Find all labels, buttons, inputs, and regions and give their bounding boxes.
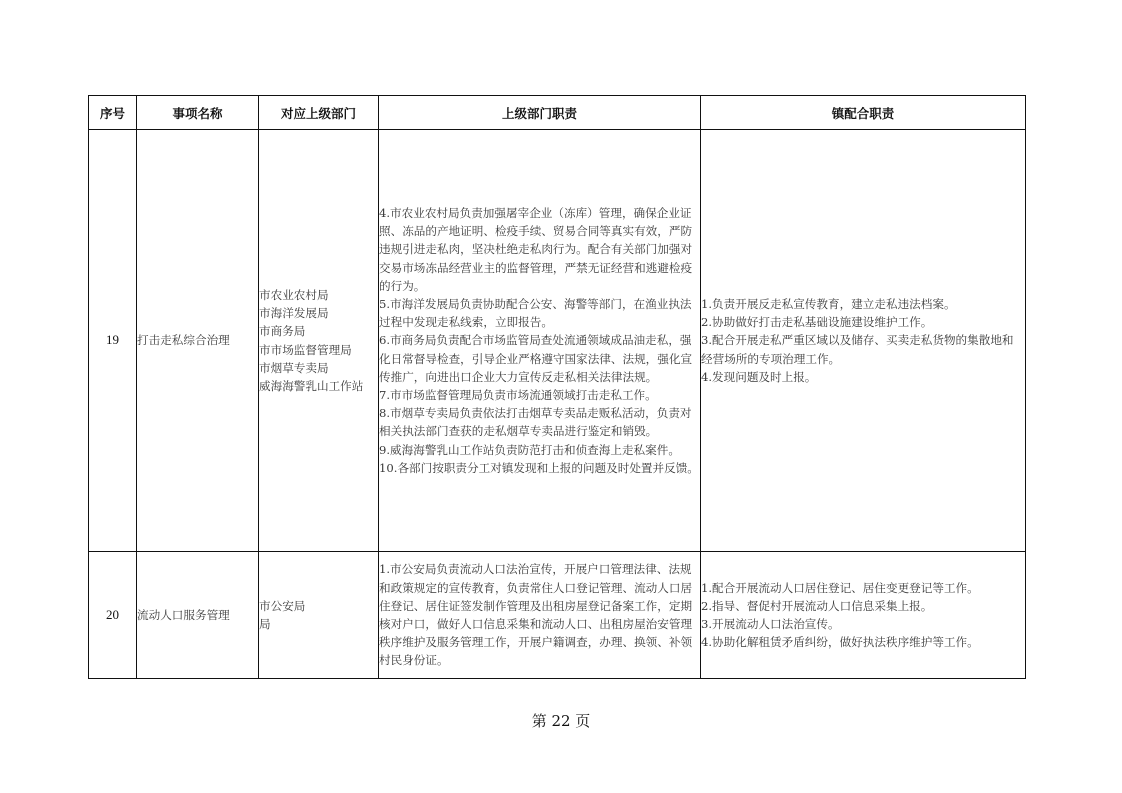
row-upper-duties: 4.市农业农村局负责加强屠宰企业（冻库）管理，确保企业证照、冻品的产地证明、检疫… <box>379 130 701 552</box>
duty-table: 序号 事项名称 对应上级部门 上级部门职责 镇配合职责 19 打击走私综合治理 … <box>88 95 1026 679</box>
department: 局 <box>259 615 378 633</box>
table-header-row: 序号 事项名称 对应上级部门 上级部门职责 镇配合职责 <box>89 96 1026 130</box>
duty-item: 6.市商务局负责配合市场监管局查处流通领域成品油走私，强化日常督导检查，引导企业… <box>379 331 700 386</box>
duty-item: 1.负责开展反走私宣传教育，建立走私违法档案。 <box>701 295 1025 313</box>
duty-item: 2.协助做好打击走私基础设施建设维护工作。 <box>701 313 1025 331</box>
row-item-name: 打击走私综合治理 <box>137 130 259 552</box>
duty-item: 3.配合开展走私严重区域以及储存、买卖走私货物的集散地和经营场所的专项治理工作。 <box>701 331 1025 367</box>
duty-item: 4.发现问题及时上报。 <box>701 368 1025 386</box>
duty-item: 2.指导、督促村开展流动人口信息采集上报。 <box>701 597 1025 615</box>
duty-item: 8.市烟草专卖局负责依法打击烟草专卖品走贩私活动，负责对相关执法部门查获的走私烟… <box>379 404 700 440</box>
row-item-name: 流动人口服务管理 <box>137 552 259 679</box>
duty-item: 1.配合开展流动人口居住登记、居住变更登记等工作。 <box>701 579 1025 597</box>
duty-item: 10.各部门按职责分工对镇发现和上报的问题及时处置并反馈。 <box>379 459 700 477</box>
department: 市农业农村局 <box>259 286 378 304</box>
header-seq: 序号 <box>89 96 137 130</box>
header-upper-duties: 上级部门职责 <box>379 96 701 130</box>
row-seq: 20 <box>89 552 137 679</box>
row-seq: 19 <box>89 130 137 552</box>
duty-item: 1.市公安局负责流动人口法治宣传，开展户口管理法律、法规和政策规定的宣传教育，负… <box>379 560 700 669</box>
department: 市海洋发展局 <box>259 304 378 322</box>
duty-item: 4.市农业农村局负责加强屠宰企业（冻库）管理，确保企业证照、冻品的产地证明、检疫… <box>379 204 700 295</box>
department: 市市场监督管理局 <box>259 341 378 359</box>
header-item-name: 事项名称 <box>137 96 259 130</box>
duty-item: 4.协助化解租赁矛盾纠纷，做好执法秩序维护等工作。 <box>701 633 1025 651</box>
duty-item: 9.威海海警乳山工作站负责防范打击和侦查海上走私案件。 <box>379 441 700 459</box>
department: 市公安局 <box>259 597 378 615</box>
duty-item: 7.市市场监督管理局负责市场流通领域打击走私工作。 <box>379 386 700 404</box>
department: 威海海警乳山工作站 <box>259 377 378 395</box>
header-town-duties: 镇配合职责 <box>701 96 1026 130</box>
row-town-duties: 1.负责开展反走私宣传教育，建立走私违法档案。 2.协助做好打击走私基础设施建设… <box>701 130 1026 552</box>
department: 市商务局 <box>259 322 378 340</box>
row-departments: 市公安局 局 <box>259 552 379 679</box>
header-upper-department: 对应上级部门 <box>259 96 379 130</box>
row-upper-duties: 1.市公安局负责流动人口法治宣传，开展户口管理法律、法规和政策规定的宣传教育，负… <box>379 552 701 679</box>
duty-item: 5.市海洋发展局负责协助配合公安、海警等部门，在渔业执法过程中发现走私线索，立即… <box>379 295 700 331</box>
table-row: 20 流动人口服务管理 市公安局 局 1.市公安局负责流动人口法治宣传，开展户口… <box>89 552 1026 679</box>
row-departments: 市农业农村局 市海洋发展局 市商务局 市市场监督管理局 市烟草专卖局 威海海警乳… <box>259 130 379 552</box>
duty-item: 3.开展流动人口法治宣传。 <box>701 615 1025 633</box>
department: 市烟草专卖局 <box>259 359 378 377</box>
row-town-duties: 1.配合开展流动人口居住登记、居住变更登记等工作。 2.指导、督促村开展流动人口… <box>701 552 1026 679</box>
table-row: 19 打击走私综合治理 市农业农村局 市海洋发展局 市商务局 市市场监督管理局 … <box>89 130 1026 552</box>
page-number: 第 22 页 <box>0 710 1122 731</box>
